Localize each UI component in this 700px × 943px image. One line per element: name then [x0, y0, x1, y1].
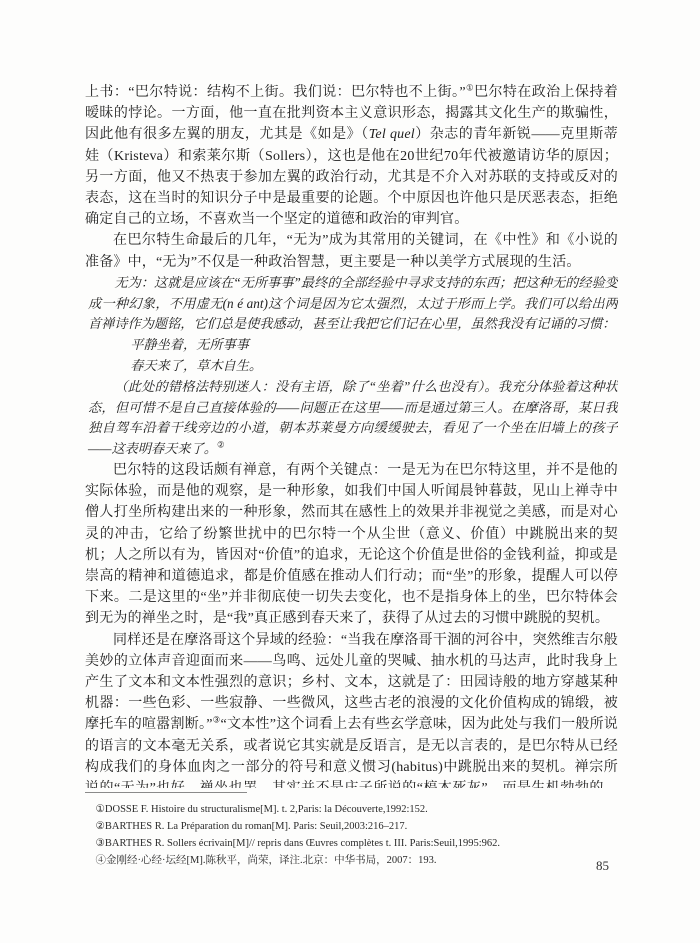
footnote-separator-line	[85, 792, 247, 793]
zen-poem-line-2: 春天来了，草木自生。	[88, 356, 618, 377]
text-run: （此处的错格法特别迷人：没有主语，除了“坐着”什么也没有）。我充分体验着这种状态…	[88, 379, 618, 456]
paragraph-2: 在巴尔特生命最后的几年，“无为”成为其常用的关键词，在《中性》和《小说的准备》中…	[85, 230, 618, 272]
footnote-ref-1: ①	[466, 82, 474, 92]
footnote-section: ①DOSSE F. Histoire du structuralisme[M].…	[85, 792, 618, 869]
quote-paragraph-2: （此处的错格法特别迷人：没有主语，除了“坐着”什么也没有）。我充分体验着这种状态…	[88, 377, 618, 460]
text-run: 上书：“巴尔特说：结构不上街。我们说：巴尔特也不上街。”	[85, 85, 466, 100]
footnote-4: ④金刚经·心经·坛经[M].陈秋平，尚荣，译注.北京：中华书局，2007：193…	[85, 852, 618, 869]
paragraph-4: 同样还是在摩洛哥这个异域的经验：“当我在摩洛哥干涸的河谷中，突然维吉尔般美妙的立…	[85, 630, 618, 788]
footnote-text: DOSSE F. Histoire du structuralisme[M]. …	[105, 804, 428, 815]
footnote-ref-2: ②	[217, 440, 225, 450]
paragraph-opening: 上书：“巴尔特说：结构不上街。我们说：巴尔特也不上街。”①巴尔特在政治上保持着暧…	[85, 82, 618, 230]
footnote-3: ③BARTHES R. Sollers écrivain[M]// repris…	[85, 835, 618, 852]
paragraph-3: 巴尔特的这段话颇有禅意，有两个关键点：一是无为在巴尔特这里，并不是他的实际体验，…	[85, 460, 618, 630]
footnote-marker: ③	[96, 838, 105, 849]
zen-poem-line-1: 平静坐着，无所事事	[88, 335, 618, 356]
footnote-ref-3: ③	[213, 715, 221, 725]
footnote-text: 金刚经·心经·坛经[M].陈秋平，尚荣，译注.北京：中华书局，2007：193.	[106, 855, 436, 866]
footnote-text: BARTHES R. La Préparation du roman[M]. P…	[105, 821, 407, 832]
page-number: 85	[596, 858, 609, 874]
footnote-marker: ②	[96, 821, 105, 832]
footnote-1: ①DOSSE F. Histoire du structuralisme[M].…	[85, 801, 618, 818]
footnote-2: ②BARTHES R. La Préparation du roman[M]. …	[85, 818, 618, 835]
footnote-text: BARTHES R. Sollers écrivain[M]// repris …	[105, 838, 500, 849]
book-page: 上书：“巴尔特说：结构不上街。我们说：巴尔特也不上街。”①巴尔特在政治上保持着暧…	[0, 0, 700, 943]
page-body: 上书：“巴尔特说：结构不上街。我们说：巴尔特也不上街。”①巴尔特在政治上保持着暧…	[85, 82, 618, 788]
quote-paragraph-1: 无为：这就是应该在“无所事事”最终的全部经验中寻求支持的东西；把这种无的经验变成…	[88, 273, 618, 335]
latin-title-italic: Tel quel	[369, 127, 415, 142]
block-quote: 无为：这就是应该在“无所事事”最终的全部经验中寻求支持的东西；把这种无的经验变成…	[88, 273, 618, 460]
footnote-marker: ④	[96, 855, 107, 866]
footnote-marker: ①	[96, 804, 105, 815]
